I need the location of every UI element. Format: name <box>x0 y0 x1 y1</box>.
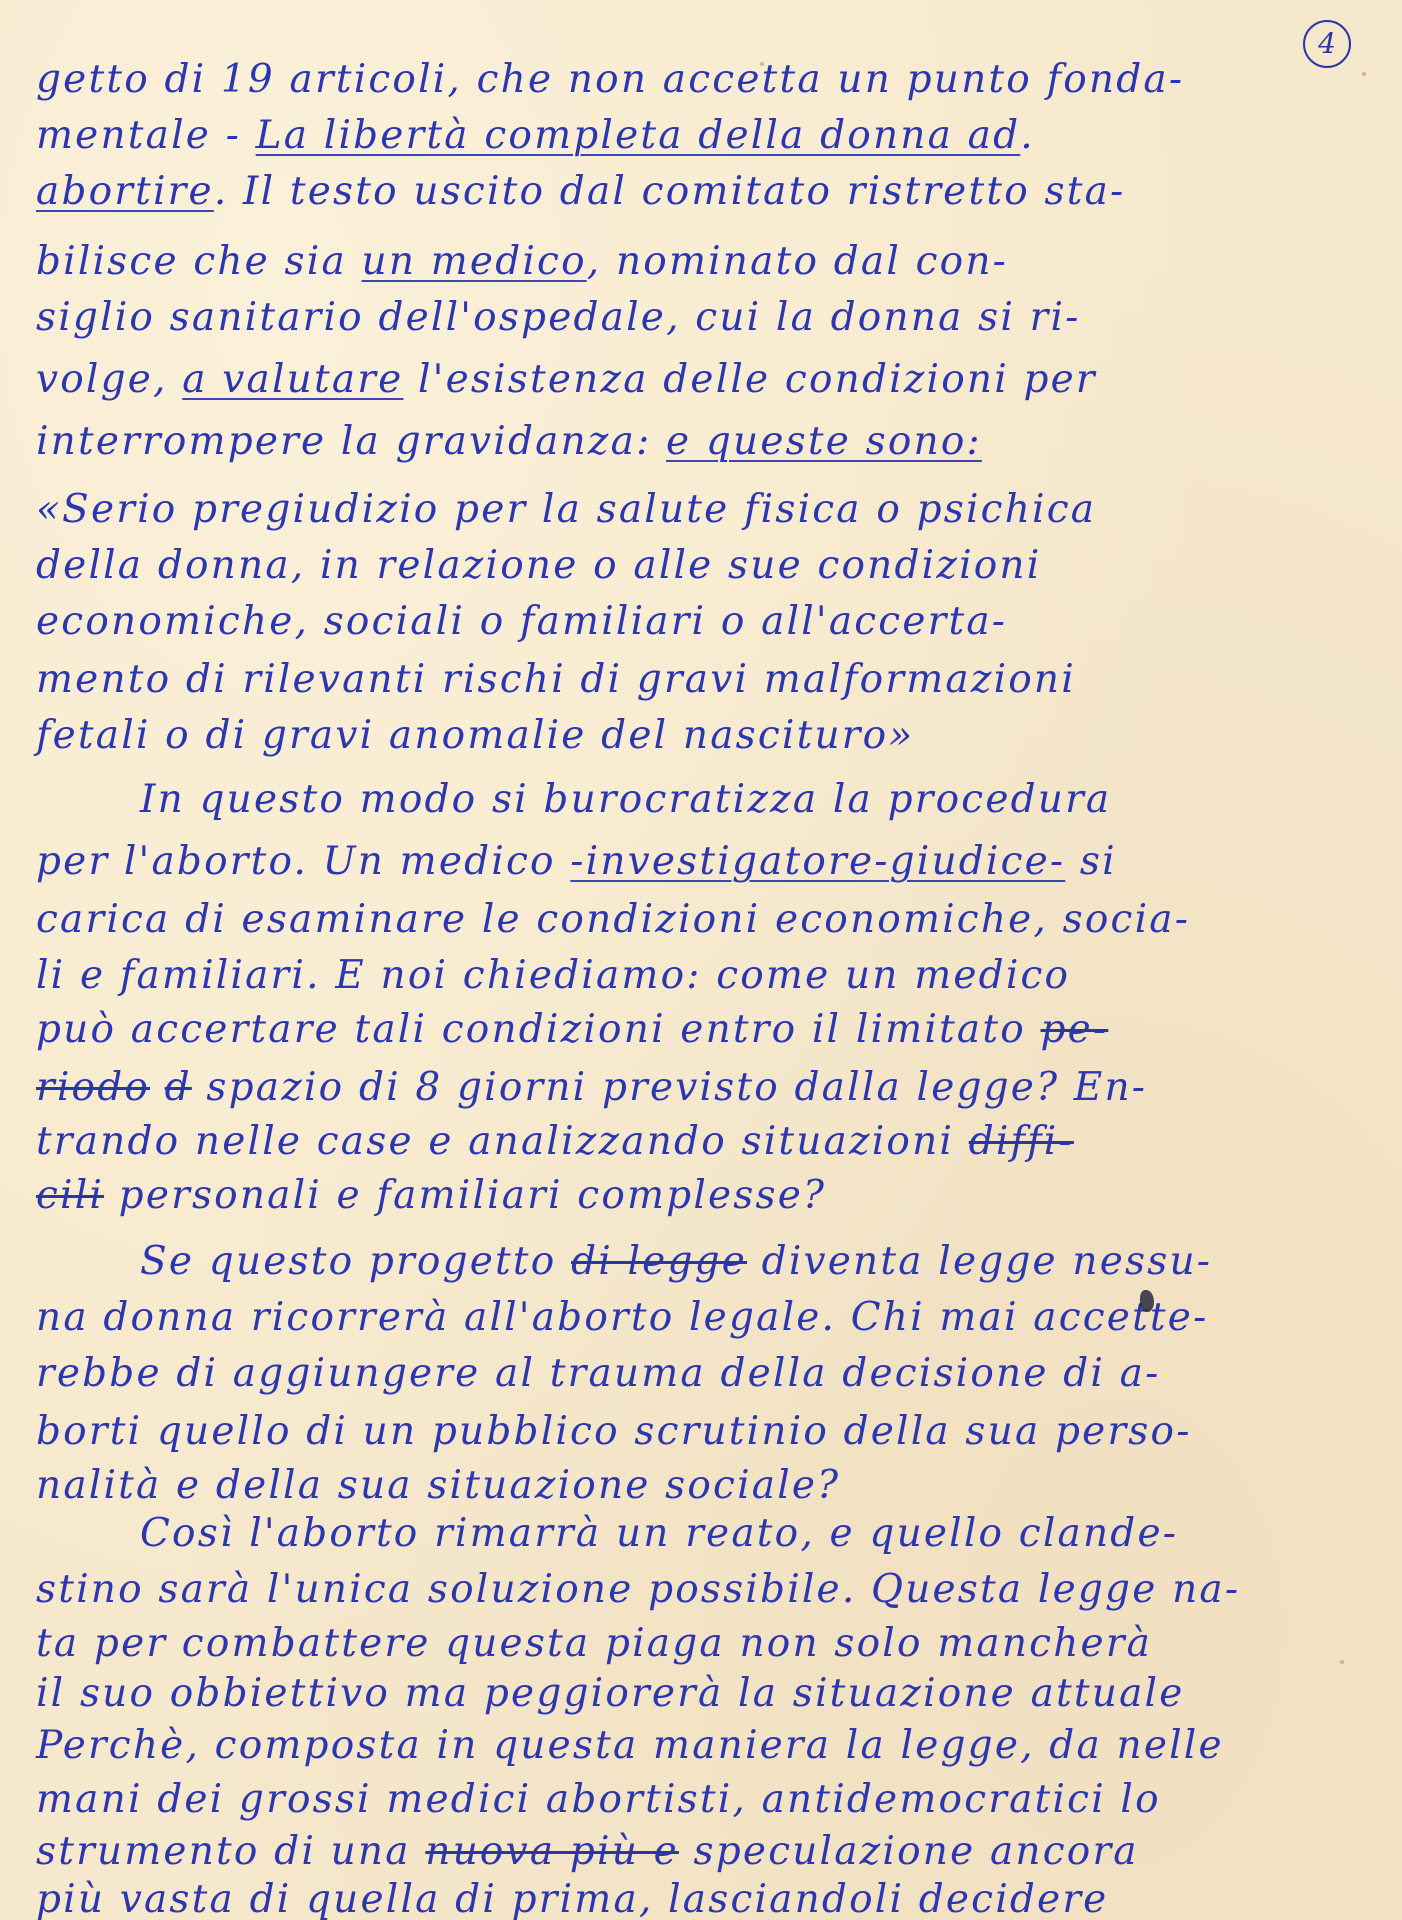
line-text: na donna ricorrerà all'aborto legale. Ch… <box>36 1295 1208 1340</box>
manuscript-line: ta per combattere questa piaga non solo … <box>36 1616 1372 1672</box>
manuscript-line: Perchè, composta in questa maniera la le… <box>36 1718 1372 1774</box>
line-text: speculazione ancora <box>679 1829 1139 1874</box>
line-text: bilisce che sia <box>36 239 362 284</box>
underlined-text: -investigatore-giudice- <box>570 839 1065 884</box>
line-text: si <box>1065 839 1116 884</box>
line-text: diventa legge nessu- <box>747 1239 1212 1284</box>
manuscript-line: della donna, in relazione o alle sue con… <box>36 538 1372 594</box>
line-text: nalità e della sua situazione sociale? <box>36 1463 840 1508</box>
manuscript-line: na donna ricorrerà all'aborto legale. Ch… <box>36 1290 1372 1346</box>
line-text: può accertare tali condizioni entro il l… <box>36 1007 1041 1052</box>
manuscript-line: siglio sanitario dell'ospedale, cui la d… <box>36 290 1372 346</box>
line-text: stino sarà l'unica soluzione possibile. … <box>36 1567 1240 1612</box>
line-text: interrompere la gravidanza: <box>36 419 666 464</box>
underlined-text: a valutare <box>182 357 403 402</box>
line-text: l'esistenza delle condizioni per <box>403 357 1096 402</box>
line-text: personali e familiari complesse? <box>104 1173 826 1218</box>
line-text: della donna, in relazione o alle sue con… <box>36 543 1041 588</box>
manuscript-line: mani dei grossi medici abortisti, antide… <box>36 1772 1372 1828</box>
ink-blot <box>1140 1290 1154 1312</box>
manuscript-line: interrompere la gravidanza: e queste son… <box>36 414 1372 470</box>
line-text: il suo obbiettivo ma peggiorerà la situa… <box>36 1671 1184 1716</box>
line-text: mentale - <box>36 113 256 158</box>
manuscript-line: il suo obbiettivo ma peggiorerà la situa… <box>36 1666 1372 1722</box>
manuscript-line: mento di rilevanti rischi di gravi malfo… <box>36 652 1372 708</box>
line-text: getto di 19 articoli, che non accetta un… <box>36 57 1184 102</box>
manuscript-line: li e familiari. E noi chiediamo: come un… <box>36 948 1372 1004</box>
manuscript-line: cili personali e familiari complesse? <box>36 1168 1372 1224</box>
line-text <box>150 1065 165 1110</box>
line-text: «Serio pregiudizio per la salute fisica … <box>36 487 1096 532</box>
manuscript-line: carica di esaminare le condizioni econom… <box>36 892 1372 948</box>
underlined-text: e queste sono: <box>666 419 982 464</box>
line-text: mento di rilevanti rischi di gravi malfo… <box>36 657 1076 702</box>
handwritten-page: 4 getto di 19 articoli, che non accetta … <box>0 0 1402 1920</box>
manuscript-line: bilisce che sia un medico, nominato dal … <box>36 234 1372 290</box>
manuscript-line: getto di 19 articoli, che non accetta un… <box>36 52 1372 108</box>
line-text: Perchè, composta in questa maniera la le… <box>36 1723 1224 1768</box>
manuscript-line: trando nelle case e analizzando situazio… <box>36 1114 1372 1170</box>
underlined-text: un medico <box>362 239 587 284</box>
line-text: siglio sanitario dell'ospedale, cui la d… <box>36 295 1081 340</box>
paper-speck <box>1340 1660 1344 1664</box>
struck-through-text: cili <box>36 1173 104 1218</box>
line-text: Se questo progetto <box>140 1239 571 1284</box>
struck-through-text: riodo <box>36 1065 150 1110</box>
struck-through-text: diffi- <box>969 1119 1074 1164</box>
paper-speck <box>1362 72 1366 76</box>
line-text: In questo modo si burocratizza la proced… <box>140 777 1111 822</box>
manuscript-line: «Serio pregiudizio per la salute fisica … <box>36 482 1372 538</box>
struck-through-text: di legge <box>571 1239 747 1284</box>
manuscript-line: rebbe di aggiungere al trauma della deci… <box>36 1346 1372 1402</box>
line-text: trando nelle case e analizzando situazio… <box>36 1119 969 1164</box>
line-text: mani dei grossi medici abortisti, antide… <box>36 1777 1161 1822</box>
manuscript-line: stino sarà l'unica soluzione possibile. … <box>36 1562 1372 1618</box>
line-text: volge, <box>36 357 182 402</box>
manuscript-line: economiche, sociali o familiari o all'ac… <box>36 594 1372 650</box>
line-text: li e familiari. E noi chiediamo: come un… <box>36 953 1070 998</box>
manuscript-line: più vasta di quella di prima, lasciandol… <box>36 1872 1372 1920</box>
line-text: spazio di 8 giorni previsto dalla legge?… <box>192 1065 1147 1110</box>
manuscript-line: abortire. Il testo uscito dal comitato r… <box>36 164 1372 220</box>
manuscript-line: per l'aborto. Un medico -investigatore-g… <box>36 834 1372 890</box>
struck-through-text: pe- <box>1041 1007 1109 1052</box>
line-text: più vasta di quella di prima, lasciandol… <box>36 1877 1108 1920</box>
struck-through-text: nuova più e <box>425 1829 679 1874</box>
manuscript-line: fetali o di gravi anomalie del nascituro… <box>36 708 1372 764</box>
line-text: rebbe di aggiungere al trauma della deci… <box>36 1351 1161 1396</box>
manuscript-line: mentale - La libertà completa della donn… <box>36 108 1372 164</box>
line-text: . Il testo uscito dal comitato ristretto… <box>214 169 1126 214</box>
manuscript-line: In questo modo si burocratizza la proced… <box>140 772 1372 828</box>
manuscript-line: Se questo progetto di legge diventa legg… <box>140 1234 1372 1290</box>
manuscript-line: riodo d spazio di 8 giorni previsto dall… <box>36 1060 1372 1116</box>
line-text: strumento di una <box>36 1829 425 1874</box>
line-text: borti quello di un pubblico scrutinio de… <box>36 1409 1192 1454</box>
paper-speck <box>760 62 764 66</box>
line-text: , nominato dal con- <box>587 239 1008 284</box>
line-text: fetali o di gravi anomalie del nascituro… <box>36 713 914 758</box>
manuscript-line: può accertare tali condizioni entro il l… <box>36 1002 1372 1058</box>
struck-through-text: d <box>165 1065 192 1110</box>
line-text: carica di esaminare le condizioni econom… <box>36 897 1190 942</box>
manuscript-line: volge, a valutare l'esistenza delle cond… <box>36 352 1372 408</box>
manuscript-line: borti quello di un pubblico scrutinio de… <box>36 1404 1372 1460</box>
line-text: ta per combattere questa piaga non solo … <box>36 1621 1152 1666</box>
underlined-text: La libertà completa della donna ad <box>256 113 1021 158</box>
manuscript-line: Così l'aborto rimarrà un reato, e quello… <box>140 1506 1372 1562</box>
underlined-text: abortire <box>36 169 214 214</box>
line-text: economiche, sociali o familiari o all'ac… <box>36 599 1007 644</box>
line-text: per l'aborto. Un medico <box>36 839 570 884</box>
line-text: . <box>1020 113 1035 158</box>
line-text: Così l'aborto rimarrà un reato, e quello… <box>140 1511 1178 1556</box>
